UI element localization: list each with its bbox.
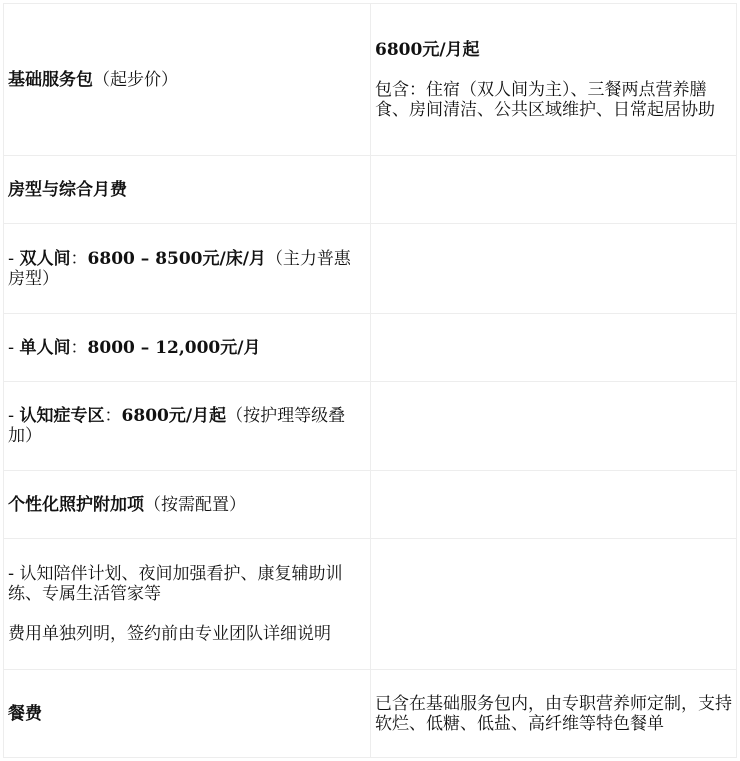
table-row-room-types-header: 房型与综合月费 xyxy=(4,156,737,224)
double-room-price-number: 6800 – 8500 xyxy=(88,249,203,269)
cell-basic-package-detail: 6800元/月起 包含：住宿（双人间为主）、三餐两点营养膳食、房间清洁、公共区域… xyxy=(371,4,737,156)
dementia-zone-label: 认知症专区 xyxy=(20,406,105,426)
single-room-label: 单人间 xyxy=(20,338,71,358)
pricing-table: 基础服务包（起步价） 6800元/月起 包含：住宿（双人间为主）、三餐两点营养膳… xyxy=(3,3,737,758)
room-types-title: 房型与综合月费 xyxy=(8,180,127,200)
table-row-meal-fee: 餐费 已含在基础服务包内，由专职营养师定制，支持软烂、低糖、低盐、高纤维等特色餐… xyxy=(4,670,737,758)
table-row-addon-items: - 认知陪伴计划、夜间加强看护、康复辅助训练、专属生活管家等 费用单独列明，签约… xyxy=(4,539,737,670)
cell-dementia-zone: - 认知症专区：6800元/月起（按护理等级叠加） xyxy=(4,382,371,471)
colon: ： xyxy=(71,249,88,269)
cell-addon-items-empty xyxy=(371,539,737,670)
table-row-single-room: - 单人间：8000 – 12,000元/月 xyxy=(4,314,737,382)
table-row-double-room: - 双人间：6800 – 8500元/床/月（主力普惠房型） xyxy=(4,224,737,314)
list-dash: - xyxy=(8,249,20,269)
basic-package-title: 基础服务包 xyxy=(8,70,93,90)
table-row-addons-header: 个性化照护附加项（按需配置） xyxy=(4,471,737,539)
cell-meal-fee-label: 餐费 xyxy=(4,670,371,758)
cell-dementia-zone-empty xyxy=(371,382,737,471)
colon: ： xyxy=(71,338,88,358)
spacer xyxy=(375,60,732,80)
dementia-zone-price-unit: 元/月起 xyxy=(169,406,226,426)
colon: ： xyxy=(105,406,122,426)
list-dash: - xyxy=(8,406,20,426)
addons-note: （按需配置） xyxy=(144,495,246,515)
single-room-price-unit: 元/月 xyxy=(220,338,260,358)
dementia-zone-price-number: 6800 xyxy=(122,406,169,426)
meal-fee-title: 餐费 xyxy=(8,704,42,724)
double-room-label: 双人间 xyxy=(20,249,71,269)
addon-items-list: - 认知陪伴计划、夜间加强看护、康复辅助训练、专属生活管家等 xyxy=(8,564,366,604)
addons-title: 个性化照护附加项 xyxy=(8,495,144,515)
basic-package-price: 6800元/月起 xyxy=(375,40,732,60)
spacer xyxy=(8,604,366,624)
table-row-dementia-zone: - 认知症专区：6800元/月起（按护理等级叠加） xyxy=(4,382,737,471)
cell-basic-package-label: 基础服务包（起步价） xyxy=(4,4,371,156)
cell-room-types-label: 房型与综合月费 xyxy=(4,156,371,224)
basic-package-description: 包含：住宿（双人间为主）、三餐两点营养膳食、房间清洁、公共区域维护、日常起居协助 xyxy=(375,80,732,120)
cell-double-room: - 双人间：6800 – 8500元/床/月（主力普惠房型） xyxy=(4,224,371,314)
cell-room-types-empty xyxy=(371,156,737,224)
cell-addon-items: - 认知陪伴计划、夜间加强看护、康复辅助训练、专属生活管家等 费用单独列明，签约… xyxy=(4,539,371,670)
cell-double-room-empty xyxy=(371,224,737,314)
basic-package-note: （起步价） xyxy=(93,70,178,90)
cell-single-room: - 单人间：8000 – 12,000元/月 xyxy=(4,314,371,382)
addon-fee-note: 费用单独列明，签约前由专业团队详细说明 xyxy=(8,624,366,644)
cell-addons-empty xyxy=(371,471,737,539)
meal-fee-description: 已含在基础服务包内，由专职营养师定制，支持软烂、低糖、低盐、高纤维等特色餐单 xyxy=(375,694,732,734)
cell-single-room-empty xyxy=(371,314,737,382)
single-room-price-number: 8000 – 12,000 xyxy=(88,338,221,358)
list-dash: - xyxy=(8,338,20,358)
basic-package-price-number: 6800 xyxy=(375,40,422,60)
cell-addons-label: 个性化照护附加项（按需配置） xyxy=(4,471,371,539)
double-room-price-unit: 元/床/月 xyxy=(203,249,266,269)
basic-package-price-unit: 元/月起 xyxy=(422,40,479,60)
cell-meal-fee-detail: 已含在基础服务包内，由专职营养师定制，支持软烂、低糖、低盐、高纤维等特色餐单 xyxy=(371,670,737,758)
table-row-basic-package: 基础服务包（起步价） 6800元/月起 包含：住宿（双人间为主）、三餐两点营养膳… xyxy=(4,4,737,156)
